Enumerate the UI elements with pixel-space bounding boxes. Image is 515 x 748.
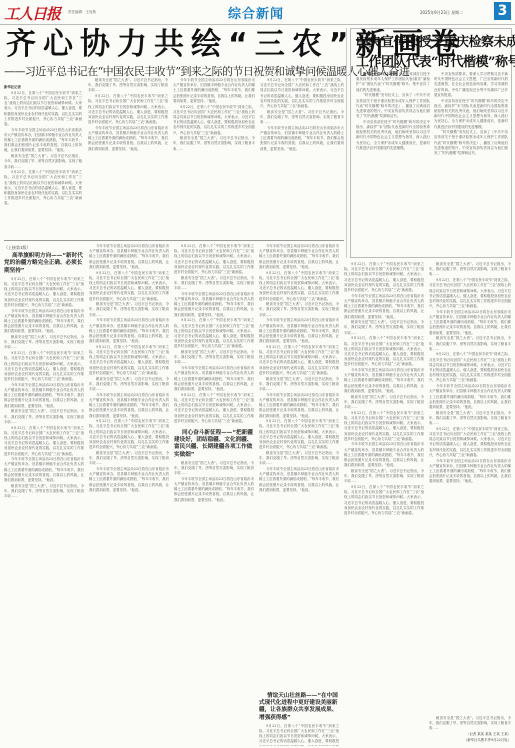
lower-col4-p4: 今年丰收节全国主场活动23日将在山东省临沂市大产镇宣传举办，旧县镇丰种植专业合作… [259, 318, 339, 344]
lower-col6-p1: 粮食安全是“国之大者”。习近平总书记指出，今年，我们克服了旱、涝等自然灾害影响，… [429, 262, 511, 278]
side-article-para3: 中央宣传部在授予“时代楷模”称号的决定中指出，渝检护“未”团队代表是新时代全国检… [356, 120, 430, 151]
lower-col5-p4: 9月22日，在第八个“中国农民丰收节”到来之际，习近平总书记向全国广大农民和工作… [344, 336, 424, 367]
reporter-credits: （记者 某某 某某 王某 王某） [429, 732, 511, 737]
editor-credit: 责任编辑：王宛秋 [68, 10, 96, 15]
side-article-para4: 中央宣传部要求，要深入学习贯彻习近平新时代中国特色社会主义思想，广泛宣传新时代的… [434, 72, 508, 98]
lower-col6-p5: 9月22日，在第八个“中国农民丰收节”到来之际，习近平总书记向全国广大农民和工作… [429, 352, 511, 383]
lower-col2-p2: 9月22日，在第八个“中国农民丰收节”到来之际，习近平总书记向全国广大农民和工作… [89, 271, 169, 302]
main-article-col3: 今年丰收节全国主场活动23日将在山东省临沂市大产镇宣传举办，旧县镇丰种植专业合作… [173, 78, 255, 235]
lead-paragraph: 9月22日，在第八个“中国农民丰收节”到来之际，习近平总书记向全国广大农民和工作… [4, 91, 82, 127]
lower-col4-p10: 今年丰收节全国主场活动23日将在山东省临沂市大产镇宣传举办，旧县镇丰种植专业合作… [259, 467, 339, 493]
lower-col4-p5: 9月22日，在第八个“中国农民丰收节”到来之际，习近平总书记向全国广大农民和工作… [259, 345, 339, 376]
lower-col6-p7: 粮食安全是“国之大者”。习近平总书记指出，今年，我们克服了旱、涝等自然灾害影响，… [429, 411, 511, 427]
lower-col2-p5: 9月22日，在第八个“中国农民丰收节”到来之际，习近平总书记向全国广大农民和工作… [89, 345, 169, 376]
lower-col5-p5: 今年丰收节全国主场活动23日将在山东省临沂市大产镇宣传举办，旧县镇丰种植专业合作… [344, 368, 424, 394]
lower-col1-p6: 粮食安全是“国之大者”。习近平总书记指出，今年，我们克服了旱、涝等自然灾害影响，… [4, 409, 84, 425]
lower-col3-p4: 9月22日，在第八个“中国农民丰收节”到来之际，习近平总书记向全国广大农民和工作… [174, 318, 254, 349]
section-title: 综合新闻 [228, 3, 284, 22]
main-article-col1: 新华社记者 9月22日，在第八个“中国农民丰收节”到来之际，习近平总书记向全国广… [4, 85, 82, 235]
lower-col3-p1: 9月22日，在第八个“中国农民丰收节”到来之际，习近平总书记向全国广大农民和工作… [174, 244, 254, 275]
main-article-col2: 粮食安全是“国之大者”。习近平总书记指出，今年，我们克服了旱、涝等自然灾害影响，… [88, 78, 168, 235]
lower-col1-p2: 今年丰收节全国主场活动23日将在山东省临沂市大产镇宣传举办，旧县镇丰种植专业合作… [4, 309, 84, 335]
section4-para: 9月22日，在第八个“中国农民丰收节”到来之际，习近平总书记向全国广大农民和工作… [259, 724, 339, 746]
paragraph-col4-c: 今年丰收节全国主场活动23日将在山东省临沂市大产镇宣传举办，旧县镇丰种植专业合作… [260, 126, 344, 152]
newspaper-logo: 工人日报 [4, 3, 60, 24]
dispatch-line: （新华社乌鲁木齐9月22日电） [429, 738, 511, 743]
lower-col3: 9月22日，在第八个“中国农民丰收节”到来之际，习近平总书记向全国广大农民和工作… [174, 244, 254, 744]
lower-col5-p7: 9月22日，在第八个“中国农民丰收节”到来之际，习近平总书记向全国广大农民和工作… [344, 411, 424, 442]
lower-col5: 9月22日，在第八个“中国农民丰收节”到来之际，习近平总书记向全国广大农民和工作… [344, 262, 424, 746]
lower-col4-p3: 粮食安全是“国之大者”。习近平总书记指出，今年，我们克服了旱、涝等自然灾害影响，… [259, 302, 339, 318]
lower-col3-p9: 今年丰收节全国主场活动23日将在山东省临沂市大产镇宣传举办，旧县镇丰种植专业合作… [174, 477, 254, 503]
paragraph-3: 粮食安全是“国之大者”。习近平总书记指出，今年，我们克服了旱、涝等自然灾害影响，… [4, 154, 82, 170]
lower-col4-p7: 今年丰收节全国主场活动23日将在山东省临沂市大产镇宣传举办，旧县镇丰种植专业合作… [259, 393, 339, 419]
side-article-para2-cont: “时代楷模”发布仪式上，宣读了《中共中央宣传部关于授予重庆检察未成年人保护工作团… [434, 130, 508, 156]
side-article-title-line1: 中央宣传部授予重庆检察未成年人保护 [356, 33, 506, 53]
lower-col1-p7: 9月22日，在第八个“中国农民丰收节”到来之际，习近平总书记向全国广大农民和工作… [4, 426, 84, 457]
lower-col2-p8: 9月22日，在第八个“中国农民丰收节”到来之际，习近平总书记向全国广大农民和工作… [89, 419, 169, 450]
paragraph-2: 今年丰收节全国主场活动23日将在山东省临沂市大产镇宣传举办，旧县镇丰种植专业合作… [4, 128, 82, 154]
lower-col4-p1: 今年丰收节全国主场活动23日将在山东省临沂市大产镇宣传举办，旧县镇丰种植专业合作… [259, 244, 339, 270]
lower-col2-p7: 今年丰收节全国主场活动23日将在山东省临沂市大产镇宣传举办，旧县镇丰种植专业合作… [89, 393, 169, 419]
lower-col1-p8: 今年丰收节全国主场活动23日将在山东省临沂市大产镇宣传举办，旧县镇丰种植专业合作… [4, 457, 84, 483]
lower-col5-p10: 9月22日，在第八个“中国农民丰收节”到来之际，习近平总书记向全国广大农民和工作… [344, 485, 424, 516]
lower-col6-p4: 粮食安全是“国之大者”。习近平总书记指出，今年，我们克服了旱、涝等自然灾害影响，… [429, 336, 511, 352]
signoff-para: 粮食安全是“国之大者”。习近平总书记指出，今年，我们克服了旱、涝等自然灾害影响，… [429, 716, 511, 732]
paragraph-col2-a: 粮食安全是“国之大者”。习近平总书记指出，今年，我们克服了旱、涝等自然灾害影响，… [88, 78, 168, 94]
lower-col1-p3: 粮食安全是“国之大者”。习近平总书记指出，今年，我们克服了旱、涝等自然灾害影响，… [4, 335, 84, 351]
lower-col5-p6: 粮食安全是“国之大者”。习近平总书记指出，今年，我们克服了旱、涝等自然灾害影响，… [344, 395, 424, 411]
paragraph-col4-a: 9月22日，在第八个“中国农民丰收节”到来之际，习近平总书记向全国广大农民和工作… [260, 78, 344, 109]
lower-col4-p2: 9月22日，在第八个“中国农民丰收节”到来之际，习近平总书记向全国广大农民和工作… [259, 271, 339, 302]
lower-col2: 今年丰收节全国主场活动23日将在山东省临沂市大产镇宣传举办，旧县镇丰种植专业合作… [89, 244, 169, 744]
lower-col2-p10: 今年丰收节全国主场活动23日将在山东省临沂市大产镇宣传举办，旧县镇丰种植专业合作… [89, 467, 169, 493]
lower-col5-p1: 9月22日，在第八个“中国农民丰收节”到来之际，习近平总书记向全国广大农民和工作… [344, 262, 424, 293]
side-article-col2: 中央宣传部要求，要深入学习贯彻习近平新时代中国特色社会主义思想，广泛宣传新时代的… [434, 72, 508, 256]
lower-col1-p4: 9月22日，在第八个“中国农民丰收节”到来之际，习近平总书记向全国广大农民和工作… [4, 351, 84, 382]
column-gutter [346, 28, 347, 258]
lower-col5-p9: 粮食安全是“国之大者”。习近平总书记指出，今年，我们克服了旱、涝等自然灾害影响，… [344, 469, 424, 485]
section3-title: 同心奋斗新征程——“把新疆建设好，团结稳疆、文化润疆、富民兴疆、长期建疆各项工作… [174, 430, 254, 459]
main-article-col4: 9月22日，在第八个“中国农民丰收节”到来之际，习近平总书记向全国广大农民和工作… [260, 78, 344, 235]
lower-col5-p3: 粮食安全是“国之大者”。习近平总书记指出，今年，我们克服了旱、涝等自然灾害影响，… [344, 320, 424, 336]
lower-col3-p5: 粮食安全是“国之大者”。习近平总书记指出，今年，我们克服了旱、涝等自然灾害影响，… [174, 350, 254, 366]
paragraph-col3-c: 粮食安全是“国之大者”。习近平总书记指出，今年，我们克服了旱、涝等自然灾害影响，… [173, 136, 255, 152]
page-number-badge: 3 [494, 2, 511, 20]
lower-col6-p3: 今年丰收节全国主场活动23日将在山东省临沂市大产镇宣传举办，旧县镇丰种植专业合作… [429, 310, 511, 336]
lower-col3-p2: 粮食安全是“国之大者”。习近平总书记指出，今年，我们克服了旱、涝等自然灾害影响，… [174, 276, 254, 292]
masthead-divider [0, 24, 515, 25]
lower-col5-p8: 今年丰收节全国主场活动23日将在山东省临沂市大产镇宣传举办，旧县镇丰种植专业合作… [344, 442, 424, 468]
side-article-title-line2: 工作团队代表“时代楷模”称号 [356, 53, 506, 73]
main-headline: 齐心协力共绘“三农”新画卷 [6, 28, 346, 62]
lower-col3-p7: 9月22日，在第八个“中国农民丰收节”到来之际，习近平总书记向全国广大农民和工作… [174, 393, 254, 424]
continued-marker: （上接第1版） [4, 245, 84, 250]
side-article-para2: “时代楷模”发布仪式上，宣读了《中共中央宣传部关于授予重庆检察未成年人保护工作团… [356, 93, 430, 119]
lower-col4-p8: 9月22日，在第八个“中国农民丰收节”到来之际，习近平总书记向全国广大农民和工作… [259, 419, 339, 450]
lower-col3-p6: 今年丰收节全国主场活动23日将在山东省临沂市大产镇宣传举办，旧县镇丰种植专业合作… [174, 366, 254, 392]
lower-col5-p2: 今年丰收节全国主场活动23日将在山东省临沂市大产镇宣传举办，旧县镇丰种植专业合作… [344, 294, 424, 320]
lower-col4-p6: 粮食安全是“国之大者”。习近平总书记指出，今年，我们克服了旱、涝等自然灾害影响，… [259, 377, 339, 393]
byline: 新华社记者 [4, 85, 82, 90]
lower-col2-p4: 今年丰收节全国主场活动23日将在山东省临沂市大产镇宣传举办，旧县镇丰种植专业合作… [89, 318, 169, 344]
masthead: 工人日报 责任编辑：王宛秋 综合新闻 2025年9月23日 星期二 3 [0, 0, 515, 24]
lower-col1-p5: 今年丰收节全国主场活动23日将在山东省临沂市大产镇宣传举办，旧县镇丰种植专业合作… [4, 383, 84, 409]
section-divider [4, 240, 344, 241]
signoff-block: 粮食安全是“国之大者”。习近平总书记指出，今年，我们克服了旱、涝等自然灾害影响，… [429, 716, 511, 746]
section4-title: 情谊天山壮丝路——“在中国式现代化进程中更好建设美丽新疆，让各族群众共享发展成果… [259, 693, 339, 722]
issue-date: 2025年9月23日 星期二 [420, 10, 463, 16]
lower-col6-p6: 今年丰收节全国主场活动23日将在山东省临沂市大产镇宣传举办，旧县镇丰种植专业合作… [429, 384, 511, 410]
lower-col4-p9: 粮食安全是“国之大者”。习近平总书记指出，今年，我们克服了旱、涝等自然灾害影响，… [259, 451, 339, 467]
paragraph-col3-a: 今年丰收节全国主场活动23日将在山东省临沂市大产镇宣传举办，旧县镇丰种植专业合作… [173, 78, 255, 104]
lower-col3-p8: 粮食安全是“国之大者”。习近平总书记指出，今年，我们克服了旱、涝等自然灾害影响，… [174, 461, 254, 477]
lower-col6: 粮食安全是“国之大者”。习近平总书记指出，今年，我们克服了旱、涝等自然灾害影响，… [429, 262, 511, 746]
lower-col6-p9: 今年丰收节全国主场活动23日将在山东省临沂市大产镇宣传举办，旧县镇丰种植专业合作… [429, 459, 511, 485]
side-article-col1: 新华社北京9月22日电 中央宣传部近日授予重庆检察未成年人保护工作团队代表(重庆… [356, 72, 430, 256]
lower-col6-p2: 9月22日，在第八个“中国农民丰收节”到来之际，习近平总书记向全国广大农民和工作… [429, 278, 511, 309]
lower-col1: （上接第1版） 高举旗帜明方向——“新时代党的治疆方略完全正确、必须长期坚持” … [4, 244, 84, 744]
paragraph-lead-repeat: 9月22日，在第八个“中国农民丰收节”到来之际，习近平总书记向全国广大农民和工作… [4, 170, 82, 206]
lower-col4: 今年丰收节全国主场活动23日将在山东省临沂市大产镇宣传举办，旧县镇丰种植专业合作… [259, 244, 339, 744]
main-subhead: ——习近平总书记在“中国农民丰收节”到来之际的节日祝贺和诚挚问候温暖人心催人奋进 [4, 63, 344, 79]
side-article-para3-cont: 中央宣传部在授予“时代楷模”称号的决定中指出，渝检护“未”团队代表是新时代全国检… [434, 99, 508, 130]
lower-col2-p3: 粮食安全是“国之大者”。习近平总书记指出，今年，我们克服了旱、涝等自然灾害影响，… [89, 302, 169, 318]
section4-block: 情谊天山壮丝路——“在中国式现代化进程中更好建设美丽新疆，让各族群众共享发展成果… [259, 690, 339, 746]
lower-col2-p6: 粮食安全是“国之大者”。习近平总书记指出，今年，我们克服了旱、涝等自然灾害影响，… [89, 377, 169, 393]
paragraph-col3-b: 9月22日，在第八个“中国农民丰收节”到来之际，习近平总书记向全国广大农民和工作… [173, 105, 255, 136]
section2-title: 高举旗帜明方向——“新时代党的治疆方略完全正确、必须长期坚持” [4, 253, 84, 275]
lower-col2-p1: 今年丰收节全国主场活动23日将在山东省临沂市大产镇宣传举办，旧县镇丰种植专业合作… [89, 244, 169, 270]
lower-col2-p9: 粮食安全是“国之大者”。习近平总书记指出，今年，我们克服了旱、涝等自然灾害影响，… [89, 451, 169, 467]
lower-col1-p1: 9月22日，在第八个“中国农民丰收节”到来之际，习近平总书记向全国广大农民和工作… [4, 277, 84, 308]
paragraph-col4-b: 粮食安全是“国之大者”。习近平总书记指出，今年，我们克服了旱、涝等自然灾害影响，… [260, 110, 344, 126]
paragraph-col2-b: 9月22日，在第八个“中国农民丰收节”到来之际，习近平总书记向全国广大农民和工作… [88, 94, 168, 125]
lower-col3-p3: 今年丰收节全国主场活动23日将在山东省临沂市大产镇宣传举办，旧县镇丰种植专业合作… [174, 292, 254, 318]
paragraph-col2-c: 今年丰收节全国主场活动23日将在山东省临沂市大产镇宣传举办，旧县镇丰种植专业合作… [88, 126, 168, 152]
side-article-dateline: 新华社北京9月22日电 [363, 72, 398, 76]
lower-col1-p9: 粮食安全是“国之大者”。习近平总书记指出，今年，我们克服了旱、涝等自然灾害影响，… [4, 484, 84, 500]
lower-col6-p8: 9月22日，在第八个“中国农民丰收节”到来之际，习近平总书记向全国广大农民和工作… [429, 427, 511, 458]
